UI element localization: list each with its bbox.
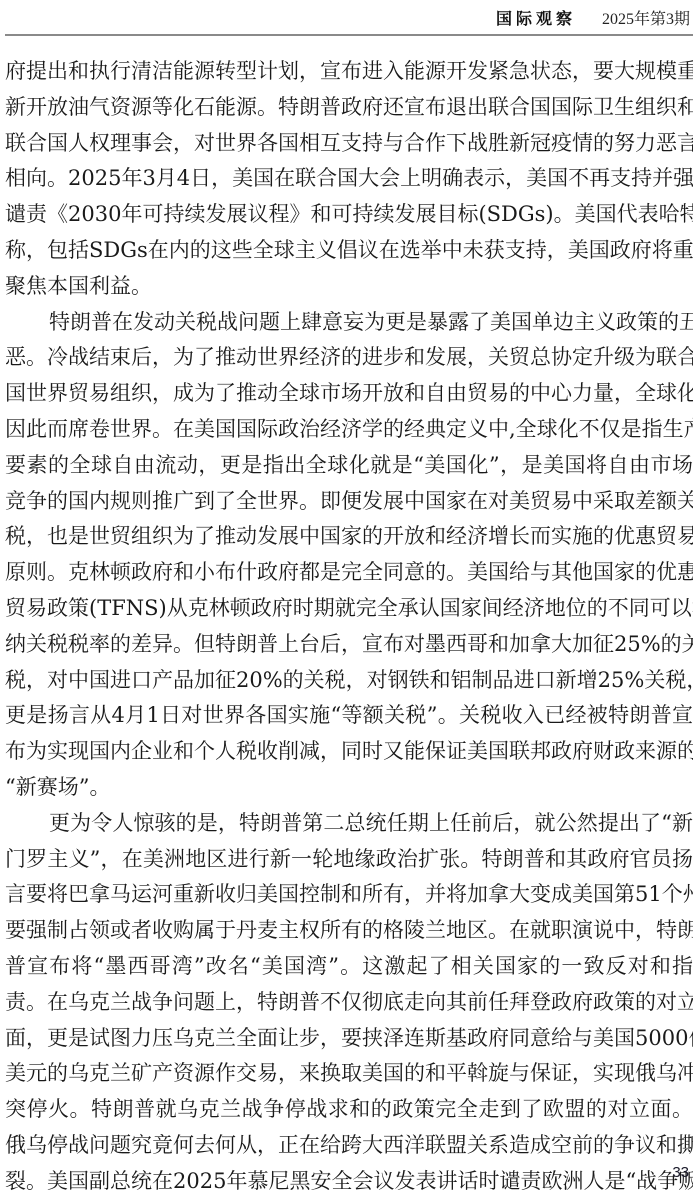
text-line: 聚焦本国利益。: [5, 269, 693, 305]
text-line: 国世界贸易组织，成为了推动全球市场开放和自由贸易的中心力量，全球化: [5, 376, 693, 412]
text-line: 竞争的国内规则推广到了全世界。即便发展中国家在对美贸易中采取差额关: [5, 484, 693, 520]
text-line: 特朗普在发动关税战问题上肆意妄为更是暴露了美国单边主义政策的丑: [5, 305, 693, 341]
text-line: “新赛场”。: [5, 770, 693, 806]
text-line: 突停火。特朗普就乌克兰战争停战求和的政策完全走到了欧盟的对立面。: [5, 1092, 693, 1128]
text-line: 言要将巴拿马运河重新收归美国控制和所有，并将加拿大变成美国第51个州,: [5, 877, 693, 913]
text-line: 裂。美国副总统在2025年慕尼黑安全会议发表讲话时谴责欧洲人是“战争贩: [5, 1164, 693, 1194]
text-line: 谴责《2030年可持续发展议程》和可持续发展目标(SDGs)。美国代表哈特尼: [5, 197, 693, 233]
text-line: 美元的乌克兰矿产资源作交易，来换取美国的和平斡旋与保证，实现俄乌冲: [5, 1056, 693, 1092]
text-line: 纳关税税率的差异。但特朗普上台后，宣布对墨西哥和加拿大加征25%的关: [5, 627, 693, 663]
journal-name: 国际观察: [496, 6, 576, 29]
text-line: 府提出和执行清洁能源转型计划，宣布进入能源开发紧急状态，要大规模重: [5, 54, 693, 90]
text-line: 要素的全球自由流动，更是指出全球化就是“美国化”，是美国将自由市场: [5, 448, 693, 484]
text-line: 责。在乌克兰战争问题上，特朗普不仅彻底走向其前任拜登政府政策的对立: [5, 985, 693, 1021]
text-line: 税，也是世贸组织为了推动发展中国家的开放和经济增长而实施的优惠贸易: [5, 519, 693, 555]
text-line: 原则。克林顿政府和小布什政府都是完全同意的。美国给与其他国家的优惠: [5, 555, 693, 591]
text-line: 相向。2025年3月4日，美国在联合国大会上明确表示，美国不再支持并强烈: [5, 161, 693, 197]
text-line: 因此而席卷世界。在美国国际政治经济学的经典定义中,全球化不仅是指生产: [5, 412, 693, 448]
text-line: 贸易政策(TFNS)从克林顿政府时期就完全承认国家间经济地位的不同可以容: [5, 591, 693, 627]
text-line: 称，包括SDGs在内的这些全球主义倡议在选举中未获支持，美国政府将重新: [5, 233, 693, 269]
text-line: 更为令人惊骇的是，特朗普第二总统任期上任前后，就公然提出了“新: [5, 806, 693, 842]
page-number: 33: [672, 1164, 689, 1181]
text-line: 更是扬言从4月1日对世界各国实施“等额关税”。关税收入已经被特朗普宣: [5, 698, 693, 734]
text-line: 联合国人权理事会，对世界各国相互支持与合作下战胜新冠疫情的努力恶言: [5, 126, 693, 162]
text-line: 俄乌停战问题究竟何去何从，正在给跨大西洋联盟关系造成空前的争议和撕: [5, 1128, 693, 1164]
text-line: 税，对中国进口产品加征20%的关税，对钢铁和铝制品进口新增25%关税，: [5, 663, 693, 699]
text-line: 门罗主义”，在美洲地区进行新一轮地缘政治扩张。特朗普和其政府官员扬: [5, 842, 693, 878]
text-line: 恶。冷战结束后，为了推动世界经济的进步和发展，关贸总协定升级为联合: [5, 340, 693, 376]
text-line: 布为实现国内企业和个人税收削减，同时又能保证美国联邦政府财政来源的: [5, 734, 693, 770]
article-body: 府提出和执行清洁能源转型计划，宣布进入能源开发紧急状态，要大规模重新开放油气资源…: [5, 54, 693, 1194]
header-rule: [5, 34, 693, 36]
text-line: 要强制占领或者收购属于丹麦主权所有的格陵兰地区。在就职演说中，特朗: [5, 913, 693, 949]
text-line: 面，更是试图力压乌克兰全面让步，要挟泽连斯基政府同意给与美国5000亿: [5, 1021, 693, 1057]
text-line: 普宣布将“墨西哥湾”改名“美国湾”。这激起了相关国家的一致反对和指: [5, 949, 693, 985]
running-header: 国际观察 2025年第3期: [496, 4, 690, 30]
text-line: 新开放油气资源等化石能源。特朗普政府还宣布退出联合国国际卫生组织和: [5, 90, 693, 126]
issue-label: 2025年第3期: [602, 6, 690, 29]
